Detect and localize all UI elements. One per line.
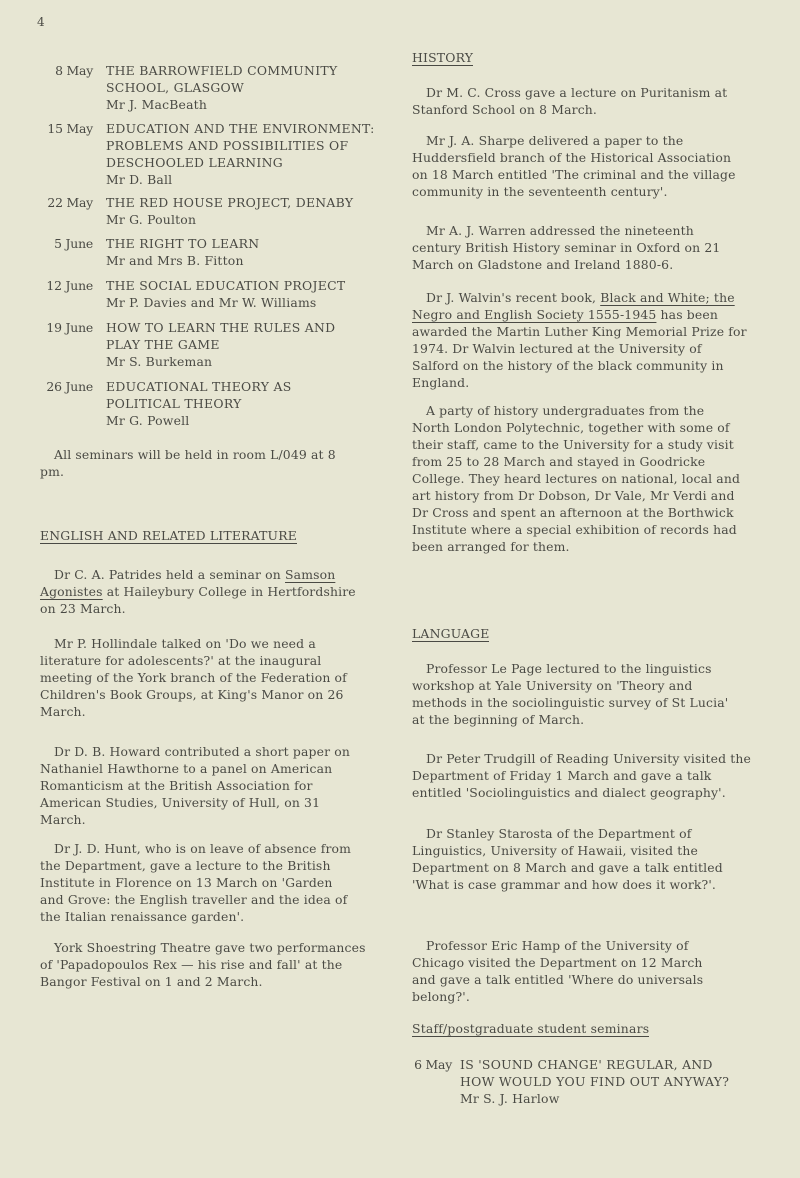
schedule-date: 12 June xyxy=(40,277,93,311)
schedule-date: 19 June xyxy=(40,319,93,370)
schedule-row: 19 June HOW TO LEARN THE RULES AND PLAY … xyxy=(40,319,380,370)
section-heading-language: LANGUAGE xyxy=(412,626,489,642)
paragraph: Dr D. B. Howard contributed a short pape… xyxy=(40,743,362,828)
schedule-speaker: Mr and Mrs B. Fitton xyxy=(106,252,380,269)
schedule-date: 8 May xyxy=(40,62,93,113)
schedule-title: HOW TO LEARN THE RULES AND PLAY THE GAME xyxy=(106,319,380,353)
schedule-row: 6 May IS 'SOUND CHANGE' REGULAR, AND HOW… xyxy=(412,1056,784,1107)
schedule-date: 22 May xyxy=(40,194,93,228)
paragraph: Dr Peter Trudgill of Reading University … xyxy=(412,750,762,801)
schedule-title: THE SOCIAL EDUCATION PROJECT xyxy=(106,277,380,294)
schedule-date: 26 June xyxy=(40,378,93,429)
paragraph: Mr A. J. Warren addressed the nineteenth… xyxy=(412,222,730,273)
paragraph: Dr M. C. Cross gave a lecture on Puritan… xyxy=(412,84,734,118)
schedule-speaker: Mr D. Ball xyxy=(106,171,380,188)
schedule-speaker: Mr P. Davies and Mr W. Williams xyxy=(106,294,380,311)
schedule-row: 22 May THE RED HOUSE PROJECT, DENABY Mr … xyxy=(40,194,380,228)
paragraph: Professor Le Page lectured to the lingui… xyxy=(412,660,742,728)
schedule-speaker: Mr S. Burkeman xyxy=(106,353,380,370)
schedule-row: 8 May THE BARROWFIELD COMMUNITY SCHOOL, … xyxy=(40,62,380,113)
seminar-location-note: All seminars will be held in room L/049 … xyxy=(40,446,340,480)
paragraph: Dr J. Walvin's recent book, Black and Wh… xyxy=(412,289,752,391)
schedule-speaker: Mr G. Powell xyxy=(106,412,380,429)
schedule-date: 15 May xyxy=(40,120,93,188)
schedule-title: THE BARROWFIELD COMMUNITY SCHOOL, GLASGO… xyxy=(106,62,380,96)
schedule-title: IS 'SOUND CHANGE' REGULAR, AND HOW WOULD… xyxy=(460,1056,784,1090)
paragraph: York Shoestring Theatre gave two perform… xyxy=(40,939,380,990)
schedule-title: EDUCATION AND THE ENVIRONMENT: PROBLEMS … xyxy=(106,120,380,171)
subheading-staff-seminars: Staff/postgraduate student seminars xyxy=(412,1021,649,1037)
paragraph-text: Dr J. Walvin's recent book, xyxy=(426,290,600,305)
schedule-title: THE RIGHT TO LEARN xyxy=(106,235,380,252)
schedule-row: 5 June THE RIGHT TO LEARN Mr and Mrs B. … xyxy=(40,235,380,269)
schedule-title: EDUCATIONAL THEORY AS POLITICAL THEORY xyxy=(106,378,380,412)
schedule-speaker: Mr J. MacBeath xyxy=(106,96,380,113)
schedule-row: 26 June EDUCATIONAL THEORY AS POLITICAL … xyxy=(40,378,380,429)
schedule-date: 5 June xyxy=(40,235,93,269)
paragraph: Mr J. A. Sharpe delivered a paper to the… xyxy=(412,132,750,200)
schedule-speaker: Mr G. Poulton xyxy=(106,211,380,228)
schedule-date: 6 May xyxy=(412,1056,452,1107)
paragraph: Professor Eric Hamp of the University of… xyxy=(412,937,730,1005)
paragraph: Dr C. A. Patrides held a seminar on Sams… xyxy=(40,566,372,617)
schedule-row: 12 June THE SOCIAL EDUCATION PROJECT Mr … xyxy=(40,277,380,311)
schedule-speaker: Mr S. J. Harlow xyxy=(460,1090,784,1107)
schedule-row: 15 May EDUCATION AND THE ENVIRONMENT: PR… xyxy=(40,120,380,188)
section-heading-history: HISTORY xyxy=(412,50,473,66)
section-heading-english: ENGLISH AND RELATED LITERATURE xyxy=(40,528,297,544)
page-number: 4 xyxy=(37,14,45,31)
paragraph: Dr Stanley Starosta of the Department of… xyxy=(412,825,724,893)
paragraph: Dr J. D. Hunt, who is on leave of absenc… xyxy=(40,840,360,925)
paragraph-text: Dr C. A. Patrides held a seminar on xyxy=(54,567,285,582)
paragraph: A party of history undergraduates from t… xyxy=(412,402,744,555)
schedule-title: THE RED HOUSE PROJECT, DENABY xyxy=(106,194,380,211)
paragraph: Mr P. Hollindale talked on 'Do we need a… xyxy=(40,635,352,720)
